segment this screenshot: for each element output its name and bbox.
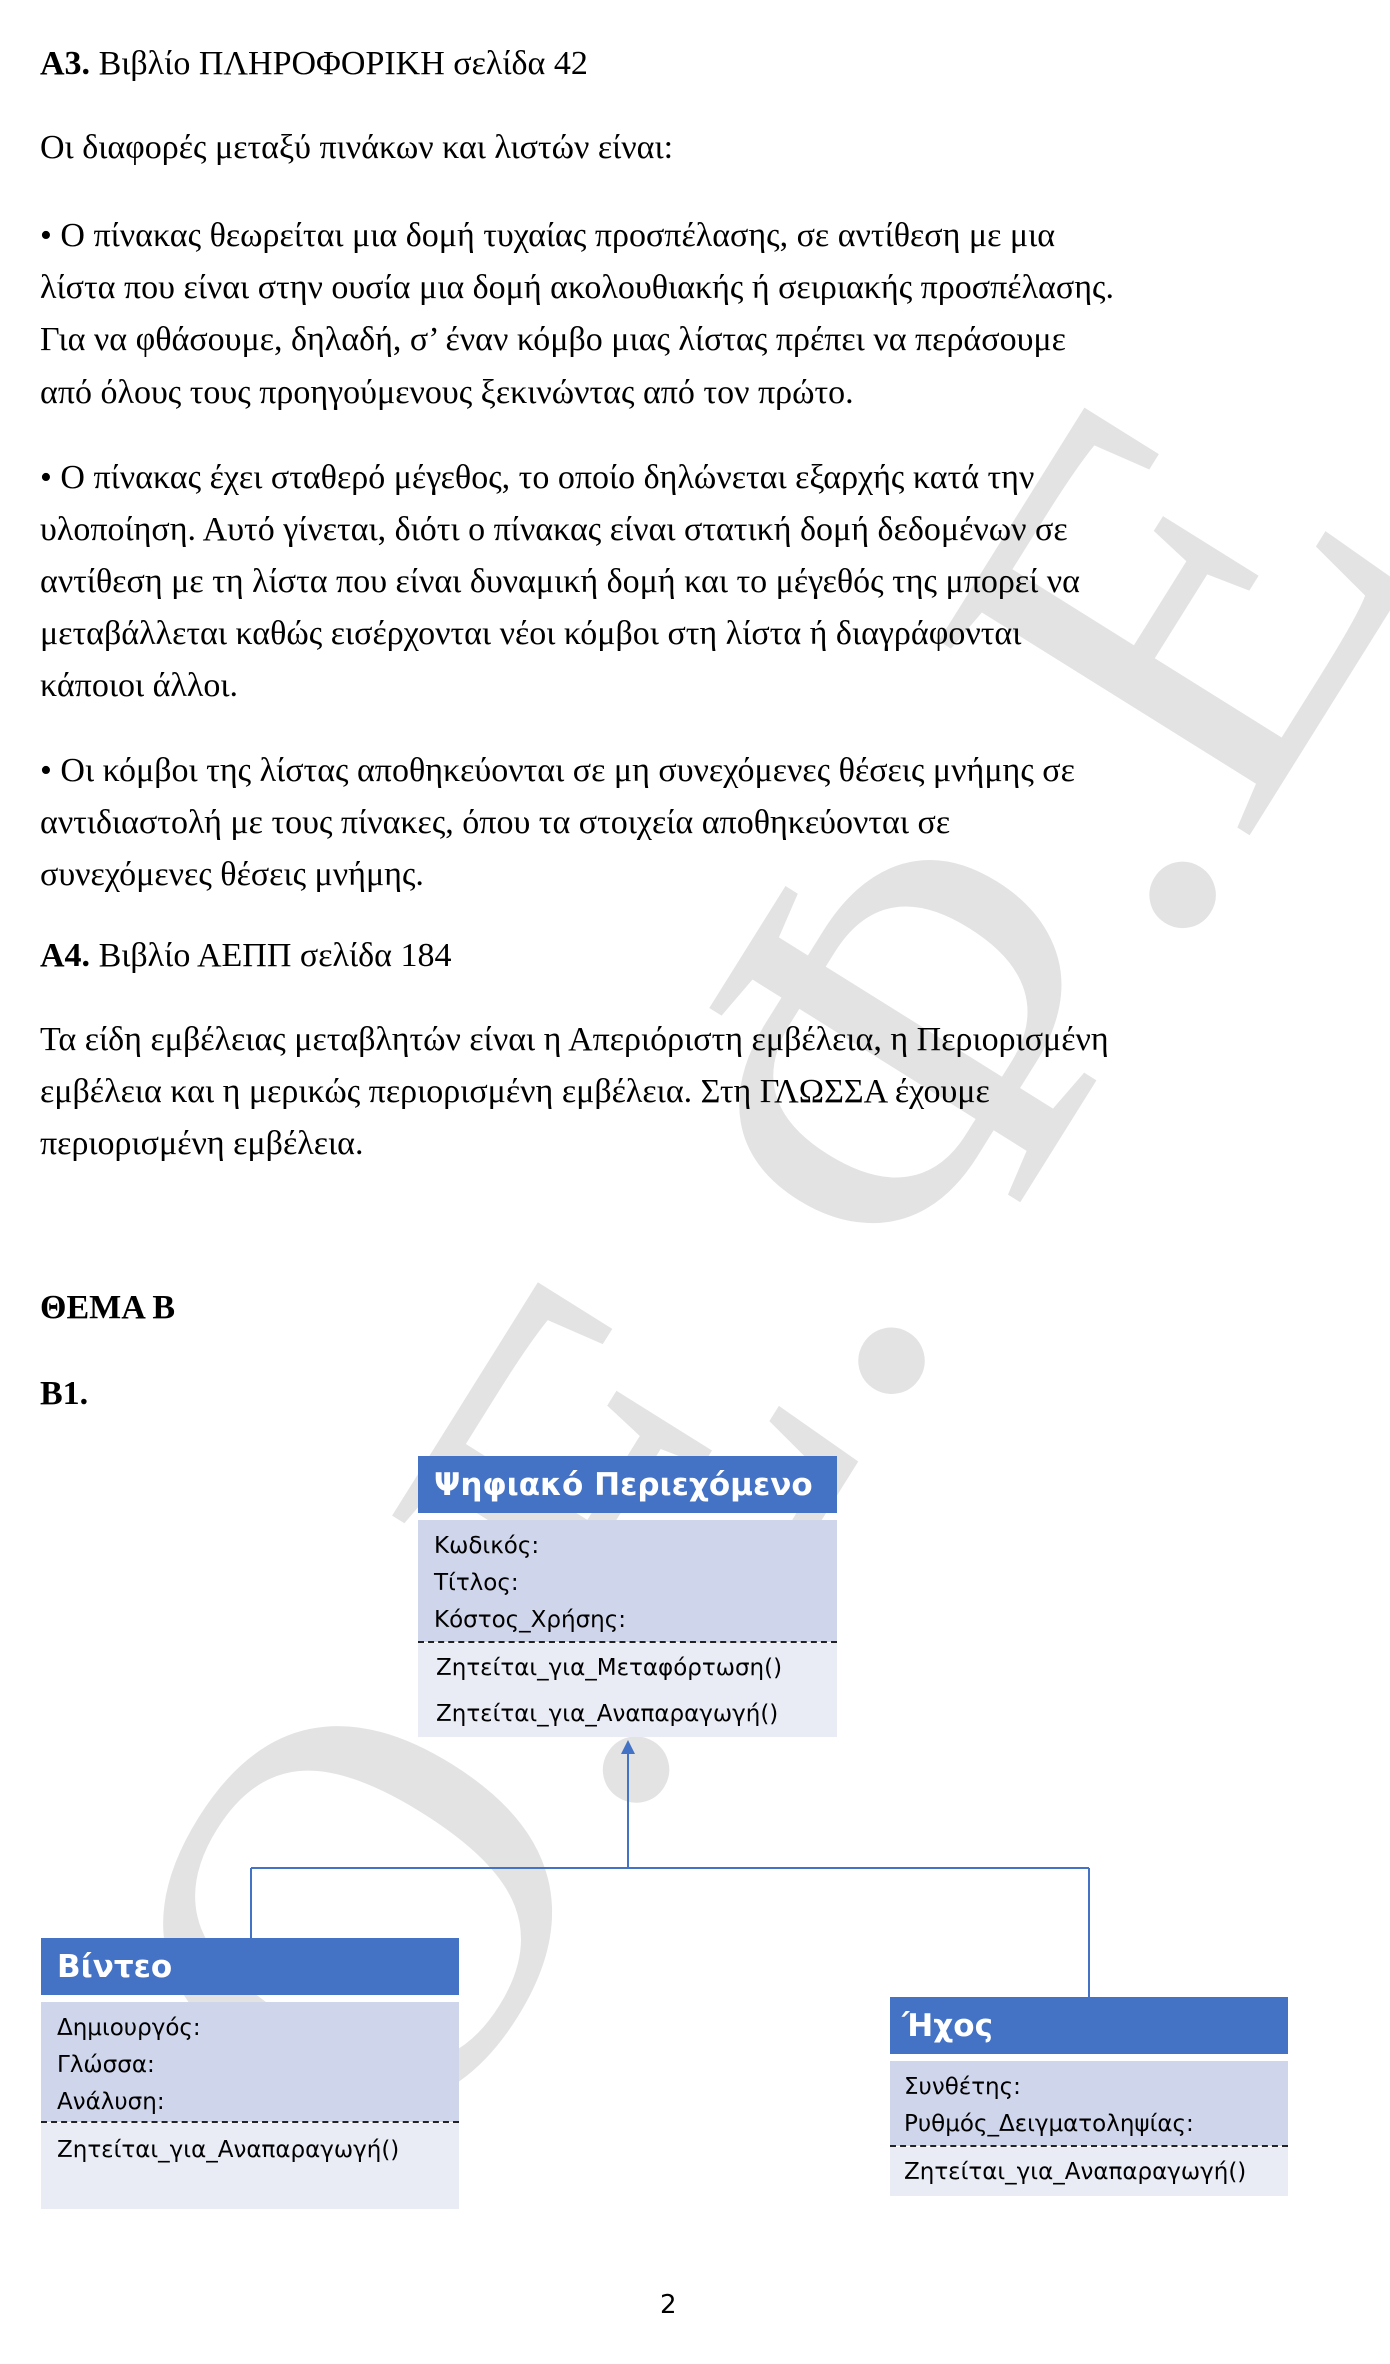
class-methods: Ζητείται_για_Αναπαραγωγή() — [890, 2147, 1288, 2196]
class-attributes: Δημιουργός: Γλώσσα: Ανάλυση: — [41, 2002, 459, 2122]
page-number: 2 — [660, 2290, 677, 2320]
attribute: Ρυθμός_Δειγματοληψίας: — [904, 2106, 1288, 2143]
arrowhead-icon — [621, 1740, 635, 1754]
class-header: Ήχος — [890, 1997, 1288, 2054]
attribute: Κωδικός: — [434, 1528, 837, 1565]
class-header: Ψηφιακό Περιεχόμενο — [418, 1456, 837, 1513]
attribute: Ανάλυση: — [57, 2084, 459, 2121]
method: Ζητείται_για_Αναπαραγωγή() — [57, 2125, 459, 2175]
attribute: Συνθέτης: — [904, 2069, 1288, 2106]
attribute: Τίτλος: — [434, 1565, 837, 1602]
attribute: Κόστος_Χρήσης: — [434, 1602, 837, 1639]
method: Ζητείται_για_Αναπαραγωγή() — [904, 2149, 1288, 2195]
class-header: Βίντεο — [41, 1938, 459, 1995]
method: Ζητείται_για_Μεταφόρτωση() — [436, 1645, 837, 1691]
attribute: Γλώσσα: — [57, 2047, 459, 2084]
class-attributes: Συνθέτης: Ρυθμός_Δειγματοληψίας: — [890, 2061, 1288, 2146]
attribute: Δημιουργός: — [57, 2010, 459, 2047]
class-methods: Ζητείται_για_Μεταφόρτωση() Ζητείται_για_… — [418, 1643, 837, 1737]
class-methods: Ζητείται_για_Αναπαραγωγή() — [41, 2123, 459, 2209]
class-attributes: Κωδικός: Τίτλος: Κόστος_Χρήσης: — [418, 1520, 837, 1642]
method: Ζητείται_για_Αναπαραγωγή() — [436, 1691, 837, 1737]
